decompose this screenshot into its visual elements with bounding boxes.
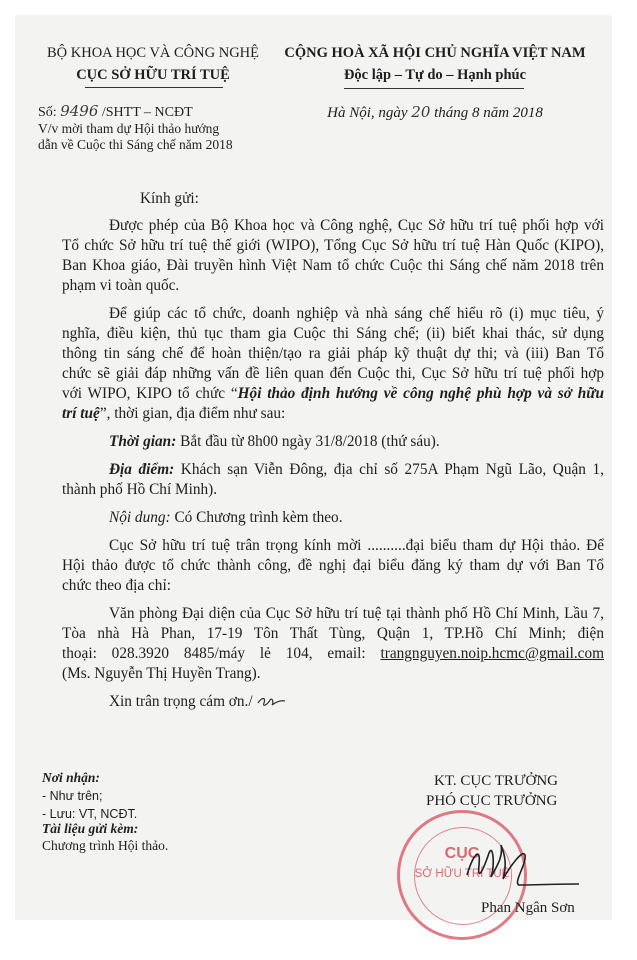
signer-name: Phan Ngân Sơn bbox=[481, 900, 575, 917]
para2-line: thông tin sáng chế để hoàn thiện/tạo ra … bbox=[62, 344, 604, 365]
recipient-item: - Như trên; bbox=[42, 789, 102, 803]
para1-line: phạm vi toàn quốc. bbox=[62, 276, 604, 297]
initials-scribble-icon bbox=[256, 694, 286, 710]
para2-line: chức sẽ giải đáp những vấn đề liên quan … bbox=[62, 364, 604, 385]
attachments-label: Tài liệu gửi kèm: bbox=[42, 821, 138, 837]
recipient-item: - Lưu: VT, NCĐT. bbox=[42, 807, 137, 821]
para1-line: Được phép của Bộ Khoa học và Công nghệ, … bbox=[62, 216, 604, 237]
para4-line: (Ms. Nguyễn Thị Huyền Trang). bbox=[62, 664, 604, 685]
para2-line: nghĩa, điều kiện, thủ tục tham gia Cuộc … bbox=[62, 324, 604, 345]
document-date: Hà Nội, ngày 20 tháng 8 năm 2018 bbox=[273, 103, 597, 122]
event-time: Thời gian: Bắt đầu từ 8h00 ngày 31/8/201… bbox=[62, 432, 604, 453]
salutation: Kính gửi: bbox=[140, 189, 199, 210]
ministry-name: BỘ KHOA HỌC VÀ CÔNG NGHỆ bbox=[37, 45, 269, 62]
closing-line: Xin trân trọng cám ơn./ bbox=[62, 692, 604, 713]
attachments-value: Chương trình Hội thảo. bbox=[42, 838, 168, 854]
handwritten-number: 9496 bbox=[60, 102, 98, 120]
para2-line: với WIPO, KIPO tổ chức “Hội thảo định hư… bbox=[62, 384, 604, 405]
contact-email-link[interactable]: trangnguyen.noip.hcmc@gmail.com bbox=[380, 645, 604, 662]
agency-underline bbox=[85, 87, 223, 88]
signature-title-1: KT. CỤC TRƯỞNG bbox=[434, 773, 558, 790]
country-name: CỘNG HOÀ XÃ HỘI CHỦ NGHĨA VIỆT NAM bbox=[273, 45, 597, 62]
subject-line-2: dẫn về Cuộc thi Sáng chế năm 2018 bbox=[38, 137, 233, 153]
signature-title-2: PHÓ CỤC TRƯỞNG bbox=[426, 793, 557, 810]
para2-line: trí tuệ”, thời gian, địa điểm như sau: bbox=[62, 404, 604, 425]
handwritten-day: 20 bbox=[411, 103, 430, 121]
para4-line: thoại: 028.3920 8485/máy lẻ 104, email: … bbox=[62, 644, 604, 665]
document-page: BỘ KHOA HỌC VÀ CÔNG NGHỆ CỤC SỞ HỮU TRÍ … bbox=[15, 15, 612, 920]
motto-underline bbox=[344, 88, 524, 89]
handwritten-signature-icon bbox=[463, 835, 583, 895]
event-location-cont: thành phố Hồ Chí Minh). bbox=[62, 480, 604, 501]
para3-line: chức theo địa chỉ: bbox=[62, 576, 604, 597]
agency-name: CỤC SỞ HỮU TRÍ TUỆ bbox=[37, 67, 269, 84]
document-number: Số: 9496 /SHTT – NCĐT bbox=[38, 102, 193, 121]
para3-line: Hội thảo được tổ chức thành công, đề ngh… bbox=[62, 556, 604, 577]
para4-line: Văn phòng Đại diện của Cục Sở hữu trí tu… bbox=[62, 604, 604, 625]
workshop-title-end: trí tuệ bbox=[62, 405, 100, 422]
event-content: Nội dung: Có Chương trình kèm theo. bbox=[62, 508, 604, 529]
event-location: Địa điểm: Khách sạn Viễn Đông, địa chỉ s… bbox=[62, 460, 604, 481]
para1-line: Tổ chức Sở hữu trí tuệ thế giới (WIPO), … bbox=[62, 236, 604, 257]
para3-line: Cục Sở hữu trí tuệ trân trọng kính mời .… bbox=[62, 536, 604, 557]
national-motto: Độc lập – Tự do – Hạnh phúc bbox=[273, 67, 597, 84]
workshop-title: Hội thảo định hướng về công nghệ phù hợp… bbox=[238, 385, 604, 402]
para1-line: Ban Khoa giáo, Đài truyền hình Việt Nam … bbox=[62, 256, 604, 277]
para2-line: Để giúp các tổ chức, doanh nghiệp và nhà… bbox=[62, 304, 604, 325]
recipients-label: Nơi nhận: bbox=[42, 770, 100, 786]
para4-line: Tòa nhà Hà Phan, 17-19 Tôn Thất Tùng, Qu… bbox=[62, 624, 604, 645]
subject-line-1: V/v mời tham dự Hội thảo hướng bbox=[38, 121, 219, 137]
